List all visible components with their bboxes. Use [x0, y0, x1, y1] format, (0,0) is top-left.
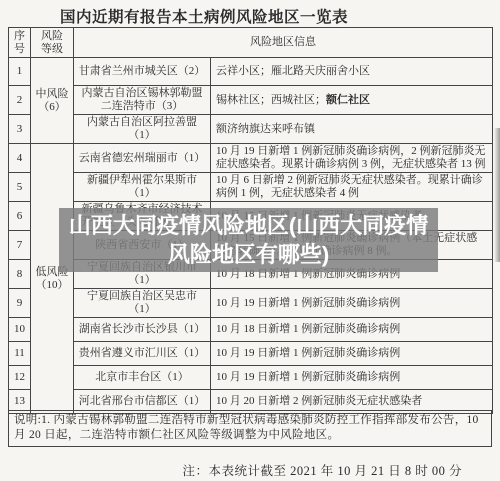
table-row: 12北京市丰台区（1）10 月 19 日新增 1 例新冠肺炎确诊病例: [9, 366, 493, 390]
table-row: 4低风险 （10）云南省德宏州瑞丽市（1）10 月 19 日新增 1 例新冠肺炎…: [9, 144, 493, 173]
row-serial: 2: [9, 86, 31, 115]
row-serial: 5: [9, 173, 31, 202]
row-serial: 7: [9, 231, 31, 260]
risk-level-cell: 中风险 （6）: [31, 58, 74, 144]
row-info-text: 额济纳旗达来呼布镇: [216, 123, 315, 135]
stat-note: 注：本表统计截至 2021 年 10 月 21 日 8 时 00 分: [0, 461, 500, 479]
row-location: 贵州省遵义市汇川区（1）: [74, 342, 211, 366]
row-info-text: 10 月 19 日新增 1 例新冠肺炎确诊病例: [216, 347, 400, 359]
row-info-text: 10 月 19 日新增 1 例新冠肺炎确诊病例，2 例新冠肺炎无症状感染者。现累…: [216, 145, 486, 170]
row-serial: 4: [9, 144, 31, 173]
table-row: 10湖南省长沙市长沙县（1）10 月 18 日新增 1 例新冠肺炎确诊病例: [9, 318, 493, 342]
row-info: 锡林社区；西城社区；额仁社区: [211, 86, 493, 115]
row-info-text: 10 月 18 日新增 1 例新冠肺炎确诊病例: [216, 323, 400, 335]
row-serial: 11: [9, 342, 31, 366]
row-info-text: 10 月 19 日新增 1 例新冠肺炎确诊病例: [216, 297, 400, 309]
row-location: 宁夏回族自治区吴忠市 （1）: [74, 289, 211, 318]
scan-artifact: [494, 128, 500, 262]
row-info-text: 10 月 19 日新增 1 例新冠肺炎确诊病例: [216, 371, 400, 383]
row-info: 10 月 19 日新增 1 例新冠肺炎确诊病例: [211, 342, 493, 366]
row-info: 10 月 18 日新增 1 例新冠肺炎确诊病例: [211, 318, 493, 342]
row-info: 10 月 19 日新增 1 例新冠肺炎确诊病例，2 例新冠肺炎无症状感染者。现累…: [211, 144, 493, 173]
row-location: 内蒙古自治区阿拉善盟 （1）: [74, 115, 211, 144]
row-location: 北京市丰台区（1）: [74, 366, 211, 390]
header-risk-info: 风险地区信息: [74, 28, 493, 58]
table-row: 11贵州省遵义市汇川区（1）10 月 19 日新增 1 例新冠肺炎确诊病例: [9, 342, 493, 366]
row-info-text: 10 月 6 日新增 2 例新冠肺炎无症状感染者。现累计确诊病例 1 例，无症状…: [216, 174, 483, 199]
row-serial: 6: [9, 202, 31, 231]
table-row: 1中风险 （6）甘肃省兰州市城关区（2）云祥小区；雁北路天庆丽舍小区: [9, 58, 493, 86]
row-info-text-bold: 额仁社区: [326, 94, 370, 106]
document-page: 国内近期有报告本土病例风险地区一览表 序 号 风险 等级 风险地区信息 1中风险…: [0, 0, 500, 481]
row-serial: 9: [9, 289, 31, 318]
footnote-text: 说明:1. 内蒙古锡林郭勒盟二连浩特市新型冠状病毒感染肺炎防控工作指挥部发布公告…: [14, 413, 486, 443]
row-location: 甘肃省兰州市城关区（2）: [74, 58, 211, 86]
watermark-line2: 风险地区有哪些): [59, 240, 438, 269]
watermark-line1: 山西大同疫情风险地区(山西大同疫情: [59, 211, 438, 240]
row-info: 云祥小区；雁北路天庆丽舍小区: [211, 58, 493, 86]
header-row: 序 号 风险 等级 风险地区信息: [9, 28, 493, 58]
row-info: 10 月 19 日新增 1 例新冠肺炎确诊病例: [211, 366, 493, 390]
row-info: 额济纳旗达来呼布镇: [211, 115, 493, 144]
risk-level-cell: 低风险 （10）: [31, 144, 74, 414]
row-location: 新疆伊犁州霍尔果斯市 （1）: [74, 173, 211, 202]
table-row: 9宁夏回族自治区吴忠市 （1）10 月 19 日新增 1 例新冠肺炎确诊病例: [9, 289, 493, 318]
table-row: 5新疆伊犁州霍尔果斯市 （1）10 月 6 日新增 2 例新冠肺炎无症状感染者。…: [9, 173, 493, 202]
page-title: 国内近期有报告本土病例风险地区一览表: [60, 5, 348, 27]
row-serial: 1: [9, 58, 31, 86]
row-info-text: 锡林社区；西城社区；: [216, 94, 326, 106]
table-header: 序 号 风险 等级 风险地区信息: [9, 28, 493, 58]
table-row: 2内蒙古自治区锡林郭勒盟 二连浩特市（3）锡林社区；西城社区；额仁社区: [9, 86, 493, 115]
table-row: 3内蒙古自治区阿拉善盟 （1）额济纳旗达来呼布镇: [9, 115, 493, 144]
row-info: 10 月 19 日新增 1 例新冠肺炎确诊病例: [211, 289, 493, 318]
row-serial: 10: [9, 318, 31, 342]
row-serial: 3: [9, 115, 31, 144]
header-risk-level: 风险 等级: [31, 28, 74, 58]
watermark-overlay: 山西大同疫情风险地区(山西大同疫情 风险地区有哪些): [59, 208, 438, 272]
row-info-text: 10 月 20 日新增 2 例新冠肺炎无症状感染者: [216, 395, 422, 407]
row-serial: 12: [9, 366, 31, 390]
row-serial: 8: [9, 260, 31, 289]
row-location: 云南省德宏州瑞丽市（1）: [74, 144, 211, 173]
header-serial: 序 号: [9, 28, 31, 58]
row-info: 10 月 6 日新增 2 例新冠肺炎无症状感染者。现累计确诊病例 1 例，无症状…: [211, 173, 493, 202]
row-location: 湖南省长沙市长沙县（1）: [74, 318, 211, 342]
row-location: 内蒙古自治区锡林郭勒盟 二连浩特市（3）: [74, 86, 211, 115]
footnote-box: 说明:1. 内蒙古锡林郭勒盟二连浩特市新型冠状病毒感染肺炎防控工作指挥部发布公告…: [8, 410, 492, 447]
row-info-text: 云祥小区；雁北路天庆丽舍小区: [216, 65, 370, 77]
